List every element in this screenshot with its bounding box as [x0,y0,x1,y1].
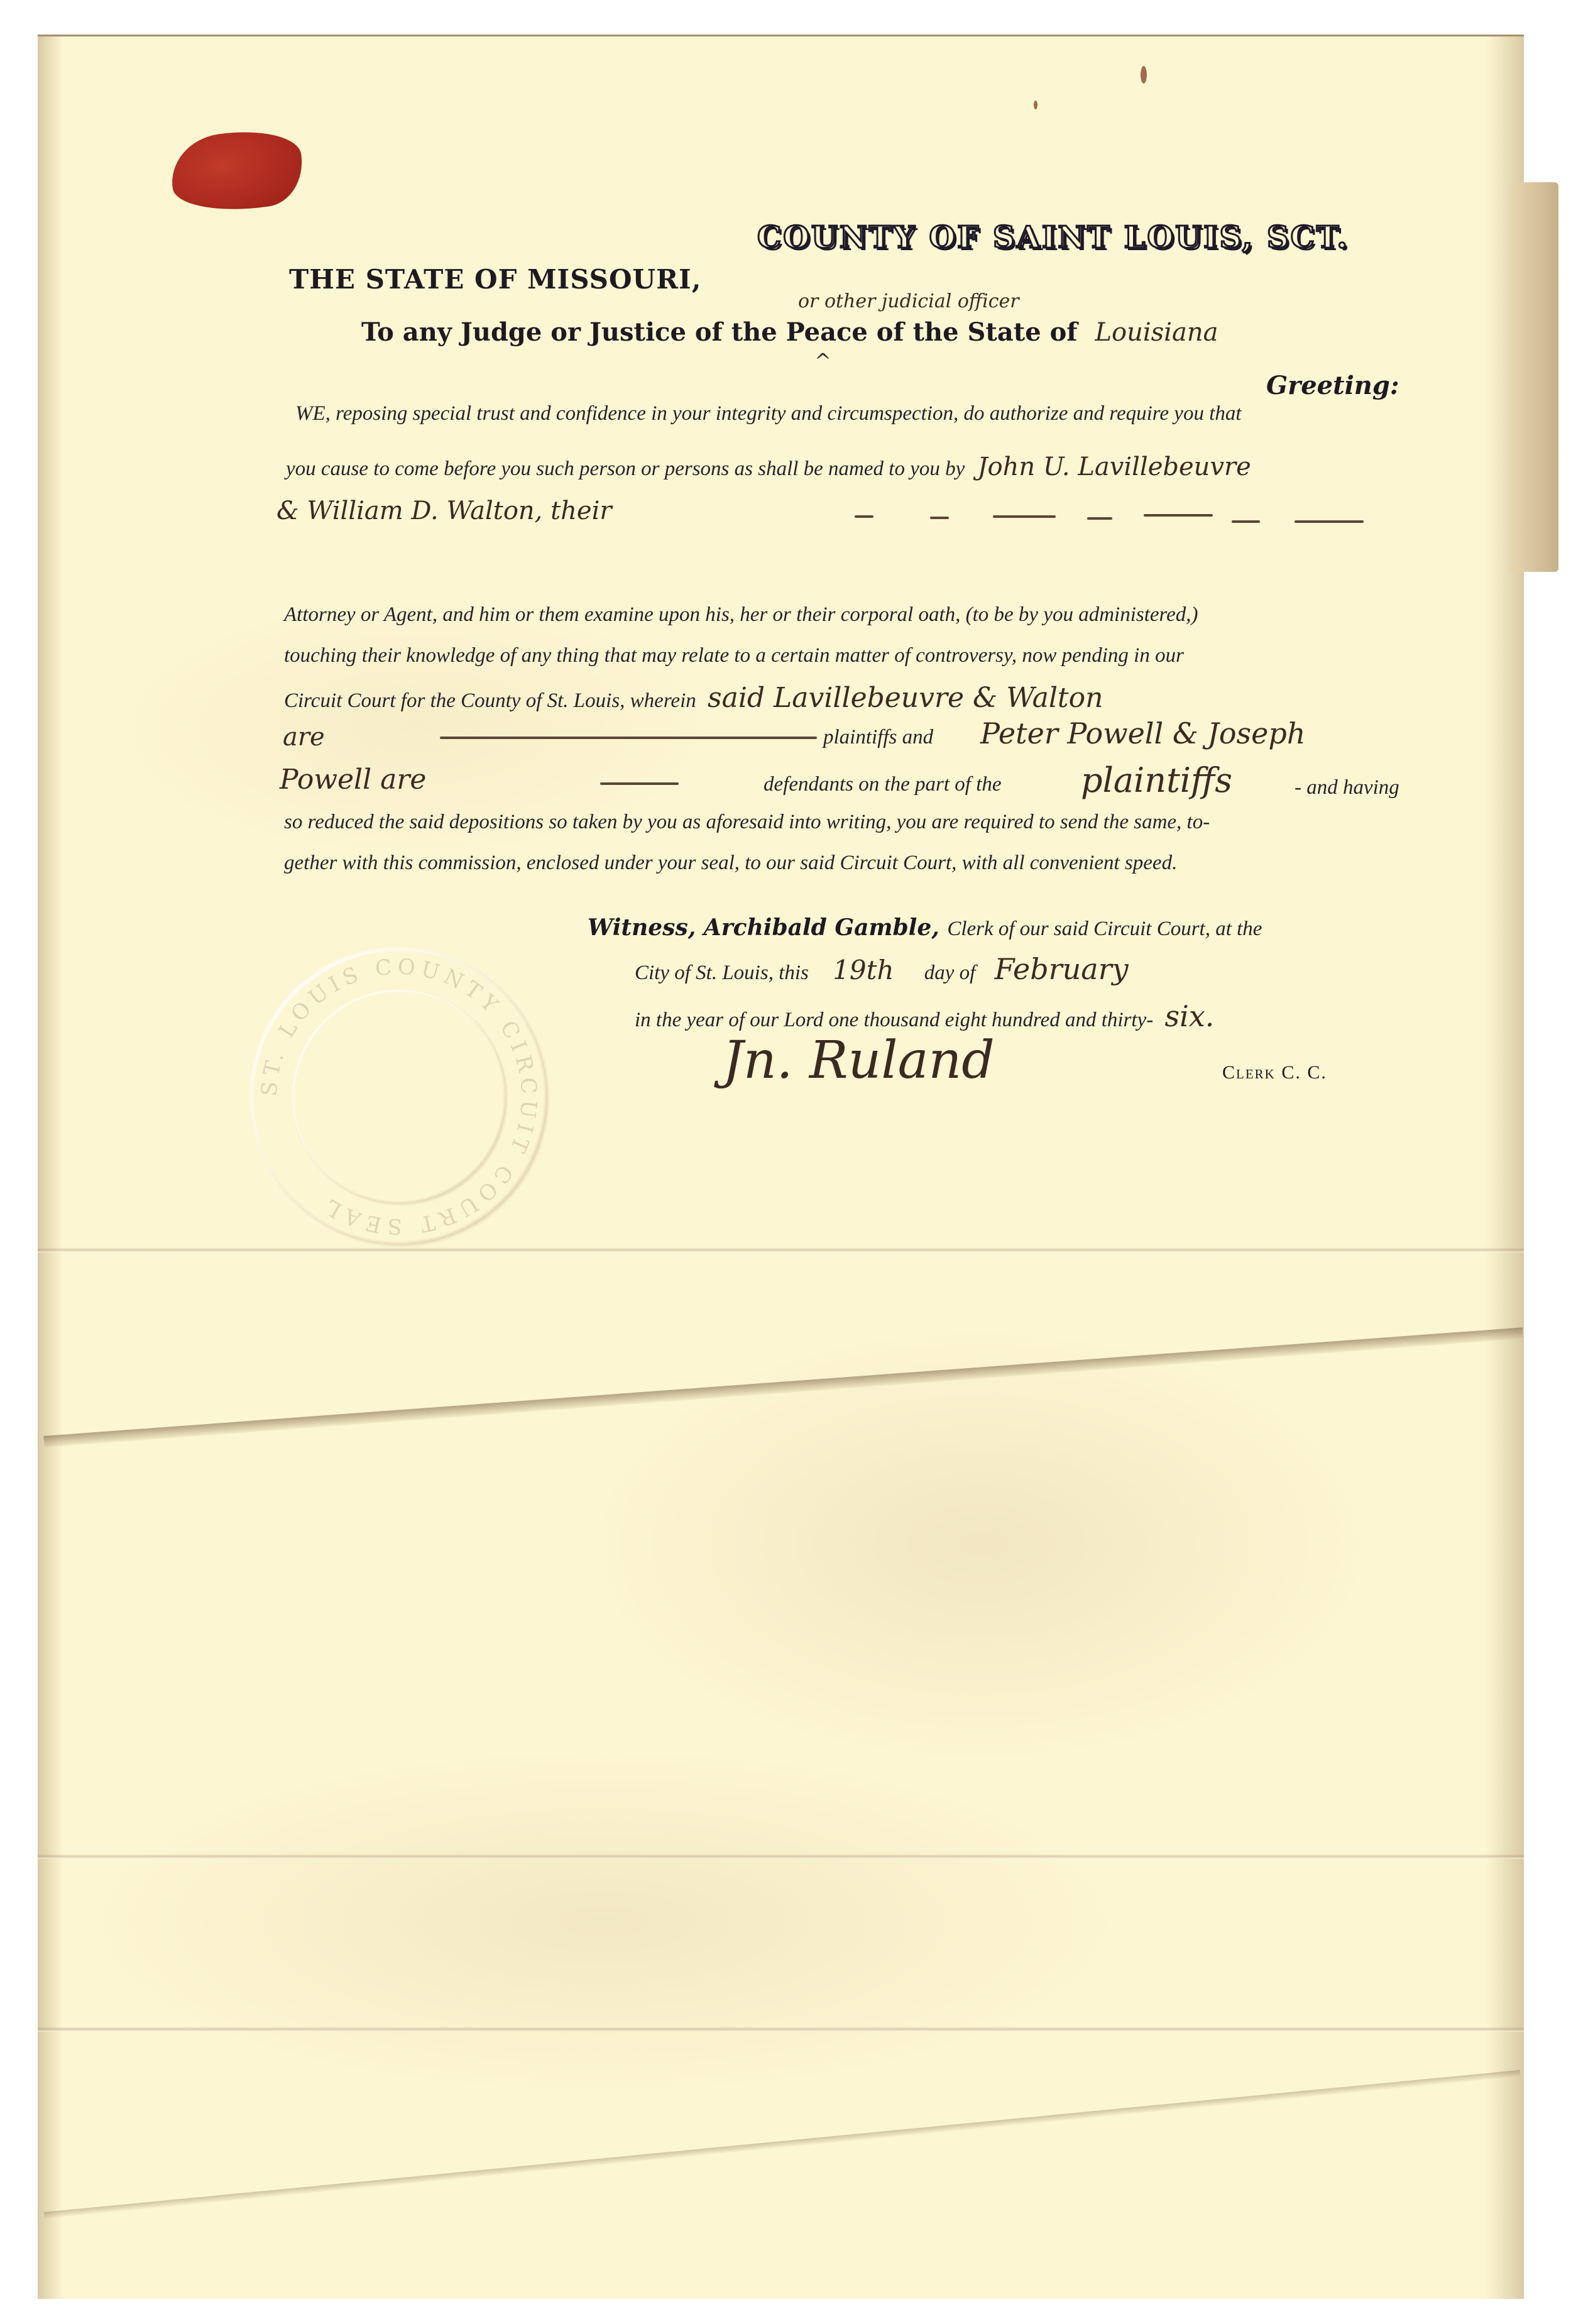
body-line-7-printed: plaintiffs and [823,726,933,749]
body-line-6-printed: Circuit Court for the County of St. Loui… [284,689,696,712]
embossed-court-seal: ST. LOUIS COUNTY CIRCUIT COURT SEAL [251,949,547,1244]
handwritten-powell-are: Powell are [280,764,426,796]
body-line-8-printed-2: - and having [1295,776,1399,799]
address-line: To any Judge or Justice of the Peace of … [361,317,1218,347]
clerk-signature: Jn. Ruland [723,1031,995,1090]
state-heading: THE STATE OF MISSOURI, [289,264,701,295]
body-line-8-printed: defendants on the part of the [764,773,1002,796]
body-line-6: Circuit Court for the County of St. Loui… [284,682,1103,714]
witness-rest: Clerk of our said Circuit Court, at the [947,918,1262,940]
svg-text:ST. LOUIS COUNTY CIRCUIT COURT: ST. LOUIS COUNTY CIRCUIT COURT SEAL [256,954,541,1239]
body-line-2: you cause to come before you such person… [286,452,1251,481]
blank-dash [993,515,1056,518]
blank-line [440,737,817,739]
handwritten-are: are [283,723,325,752]
year-line: in the year of our Lord one thousand eig… [635,999,1214,1033]
seal-inscription-icon: ST. LOUIS COUNTY CIRCUIT COURT SEAL [251,949,547,1244]
handwritten-day: 19th [833,955,894,985]
blank-dash [930,517,949,519]
page-edge-tab [1508,182,1558,572]
body-line-4: Attorney or Agent, and him or them exami… [284,603,1198,627]
handwritten-state: Louisiana [1095,318,1218,347]
handwritten-party: plaintiffs [1081,760,1232,800]
body-line-5: touching their knowledge of any thing th… [284,644,1184,667]
body-line-2-printed: you cause to come before you such person… [286,458,965,480]
blank-dash [1144,514,1213,517]
blank-dash [1087,517,1112,520]
handwritten-name-2: & William D. Walton, their [276,496,612,525]
witness-line: Witness, Archibald Gamble, Clerk of our … [588,914,1262,941]
ink-spot [1034,101,1037,109]
body-line-10: gether with this commission, enclosed un… [284,852,1177,875]
ink-spot [1141,66,1147,84]
insertion-caret: ^ [814,349,831,373]
body-line-9: so reduced the said depositions so taken… [284,811,1210,834]
handwritten-year: six. [1165,999,1215,1033]
blank-dash [1295,520,1364,523]
county-heading: COUNTY OF SAINT LOUIS, SCT. [757,220,1349,255]
handwritten-name-1: John U. Lavillebeuvre [978,452,1251,481]
handwritten-insertion: or other judicial officer [798,290,1019,312]
address-printed-2: of the State of [877,317,1078,347]
blank-dash [1232,520,1260,523]
year-printed: in the year of our Lord one thousand eig… [635,1009,1153,1031]
address-printed-1: To any Judge or Justice of the Peace [361,317,868,347]
blank-dash [855,515,873,518]
body-line-1: WE, reposing special trust and confidenc… [295,402,1242,425]
day-of: day of [924,962,976,984]
city-printed: City of St. Louis, this [635,962,809,984]
date-line: City of St. Louis, this 19th day of Febr… [635,952,1129,986]
handwritten-month: February [995,952,1129,986]
handwritten-plaintiffs: said Lavillebeuvre & Walton [708,682,1103,714]
handwritten-defendants: Peter Powell & Joseph [980,716,1305,750]
clerk-title: Clerk C. C. [1222,1062,1327,1083]
witness-name: Witness, Archibald Gamble, [588,914,939,941]
fold-crease [38,1854,1524,1859]
fold-crease [38,1247,1524,1252]
greeting: Greeting: [1266,371,1399,400]
fold-crease [38,2027,1524,2032]
blank-line [600,782,679,785]
